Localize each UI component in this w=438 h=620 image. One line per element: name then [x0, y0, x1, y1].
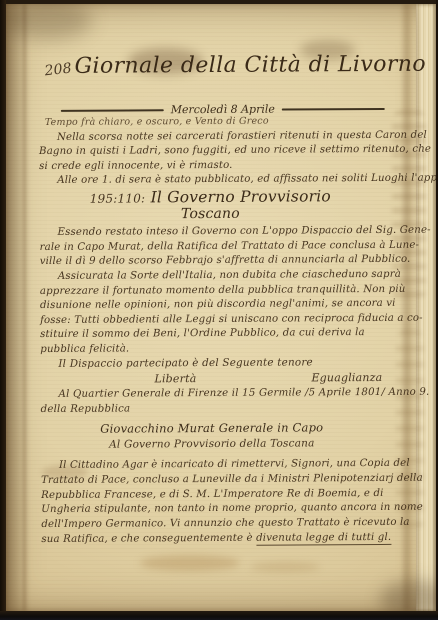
manuscript-line: Trattato di Pace, concluso a Luneville d… [41, 472, 409, 489]
motto-liberta: Libertà [154, 372, 196, 385]
proclamation-intro-paragraph: Essendo restato inteso il Governo con L'… [39, 224, 407, 270]
date-rule-left [61, 109, 164, 112]
manuscript-line-last: sua Ratifica, e che conseguentemente è d… [41, 531, 409, 548]
signature-line-addressee: Al Governo Provvisorio della Toscana [7, 437, 417, 452]
manuscript-line: pubblica felicità. [40, 340, 408, 357]
manuscript-line: disunione nelle opinioni, non più discor… [40, 297, 408, 314]
journal-title: Giornale della Città di Livorno [74, 52, 408, 79]
dispatch-dateline-continued: della Repubblica [41, 403, 131, 415]
section-heading-number: 195:110: [90, 191, 146, 205]
dispatch-dateline: Al Quartier Generale di Firenze il 15 Ge… [40, 387, 429, 400]
entry-night-paragraph: Nella scorsa notte sei carcerati forasti… [39, 129, 407, 189]
date-rule-right [282, 107, 385, 110]
entry-line: Bagno in quisti i Ladri, sono fuggiti, e… [39, 143, 407, 160]
motto-eguaglianza: Eguaglianza [311, 371, 382, 384]
manuscript-line: Assicurata la Sorte dell'Italia, non dub… [40, 268, 408, 285]
book-page-edges [416, 4, 436, 611]
letter-last-plain: sua Ratifica, e che conseguentemente è [41, 533, 256, 545]
date-heading: Mercoledì 8 Aprile [171, 103, 275, 117]
weather-note: Tempo frà chiaro, e oscuro, e Vento di G… [45, 116, 269, 128]
manuscript-line: stituire il sommo dei Beni, l'Ordine Pub… [40, 326, 408, 343]
scan-border-top [0, 0, 438, 4]
section-heading-title: Il Governo Provvisorio [151, 187, 331, 206]
date-heading-row: Mercoledì 8 Aprile [61, 102, 385, 117]
letter-paragraph: Il Cittadino Agar è incaricato di rimett… [41, 457, 410, 548]
manuscript-line: Essendo restato inteso il Governo con L'… [39, 224, 407, 241]
dispatch-intro-line: Il Dispaccio partecipato è del Seguente … [40, 356, 313, 370]
letter-last-underlined: divenuta legge di tutti gl. [256, 532, 391, 546]
signature-line-murat: Giovacchino Murat Generale in Capo [7, 420, 417, 437]
section-heading: 195:110: Il Governo Provvisorio [5, 186, 415, 208]
proclamation-body-paragraph: Assicurata la Sorte dell'Italia, non dub… [40, 268, 409, 357]
page-number: 208 [44, 60, 73, 79]
manuscript-text-layer: 208 Giornale della Città di Livorno Merc… [4, 3, 418, 612]
manuscript-scan: 208 Giornale della Città di Livorno Merc… [0, 0, 438, 620]
scan-border-left [0, 0, 6, 620]
section-heading-subtitle: Toscano [5, 205, 415, 224]
scan-border-bottom [0, 611, 438, 620]
